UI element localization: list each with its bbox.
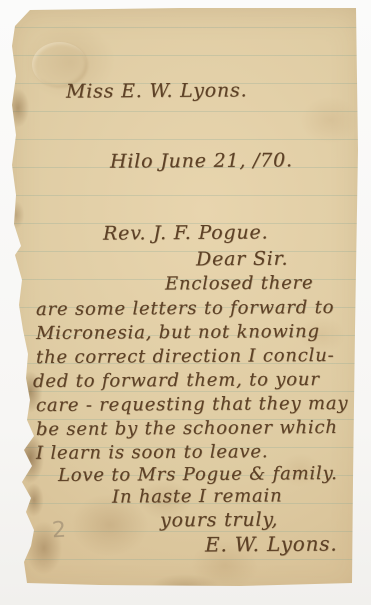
body-line-5: ded to forward them, to your xyxy=(33,369,320,392)
signature-line: E. W. Lyons. xyxy=(205,532,338,557)
body-line-6: care - requesting that they may xyxy=(36,393,348,416)
postscript-line: Love to Mrs Pogue & family. xyxy=(58,463,338,486)
salutation-line: Dear Sir. xyxy=(196,248,288,271)
dateline: Hilo June 21, /70. xyxy=(110,149,293,172)
closing-line-2: yours truly, xyxy=(160,509,278,532)
pencil-page-mark: 2 xyxy=(51,518,66,544)
addressee-line: Miss E. W. Lyons. xyxy=(66,79,248,102)
body-line-1: Enclosed there xyxy=(165,272,314,294)
body-line-7: be sent by the schooner which xyxy=(36,417,338,440)
body-line-4: the correct direction I conclu- xyxy=(36,345,335,368)
body-line-2: are some letters to forward to xyxy=(36,297,334,320)
closing-line-1: In haste I remain xyxy=(112,485,283,507)
letter-paper: Miss E. W. Lyons. Hilo June 21, /70. Rev… xyxy=(0,0,371,605)
body-line-3: Micronesia, but not knowing xyxy=(36,321,320,344)
body-line-8: I learn is soon to leave. xyxy=(36,441,268,464)
scan-background: Miss E. W. Lyons. Hilo June 21, /70. Rev… xyxy=(0,0,371,605)
recipient-line: Rev. J. F. Pogue. xyxy=(103,221,269,244)
